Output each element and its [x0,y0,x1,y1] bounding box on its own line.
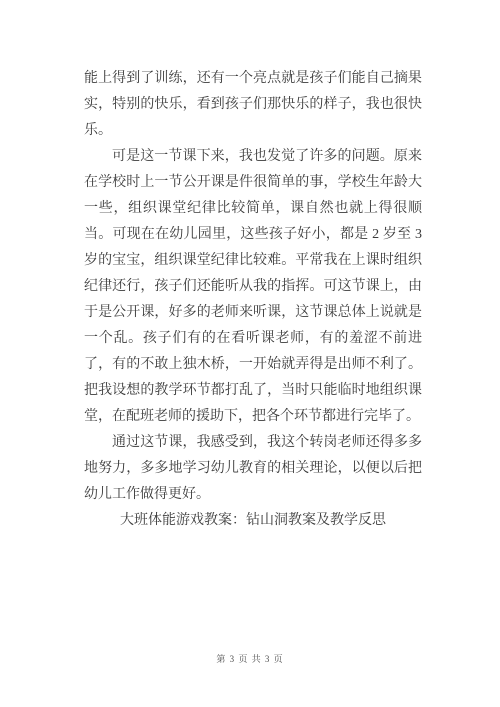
document-body: 能上得到了训练，还有一个亮点就是孩子们能自己摘果实，特别的快乐，看到孩子们那快乐… [84,66,422,534]
page-number-footer: 第 3 页 共 3 页 [0,652,500,665]
document-page: 能上得到了训练，还有一个亮点就是孩子们能自己摘果实，特别的快乐，看到孩子们那快乐… [0,0,500,707]
body-paragraph: 可是这一节课下来，我也发觉了许多的问题。原来在学校时上一节公开课是件很简单的事，… [84,144,422,430]
body-paragraph: 通过这节课，我感受到，我这个转岗老师还得多多地努力，多多地学习幼儿教育的相关理论… [84,430,422,508]
section-heading: 大班体能游戏教案：钻山洞教案及教学反思 [84,508,422,534]
body-paragraph: 能上得到了训练，还有一个亮点就是孩子们能自己摘果实，特别的快乐，看到孩子们那快乐… [84,66,422,144]
